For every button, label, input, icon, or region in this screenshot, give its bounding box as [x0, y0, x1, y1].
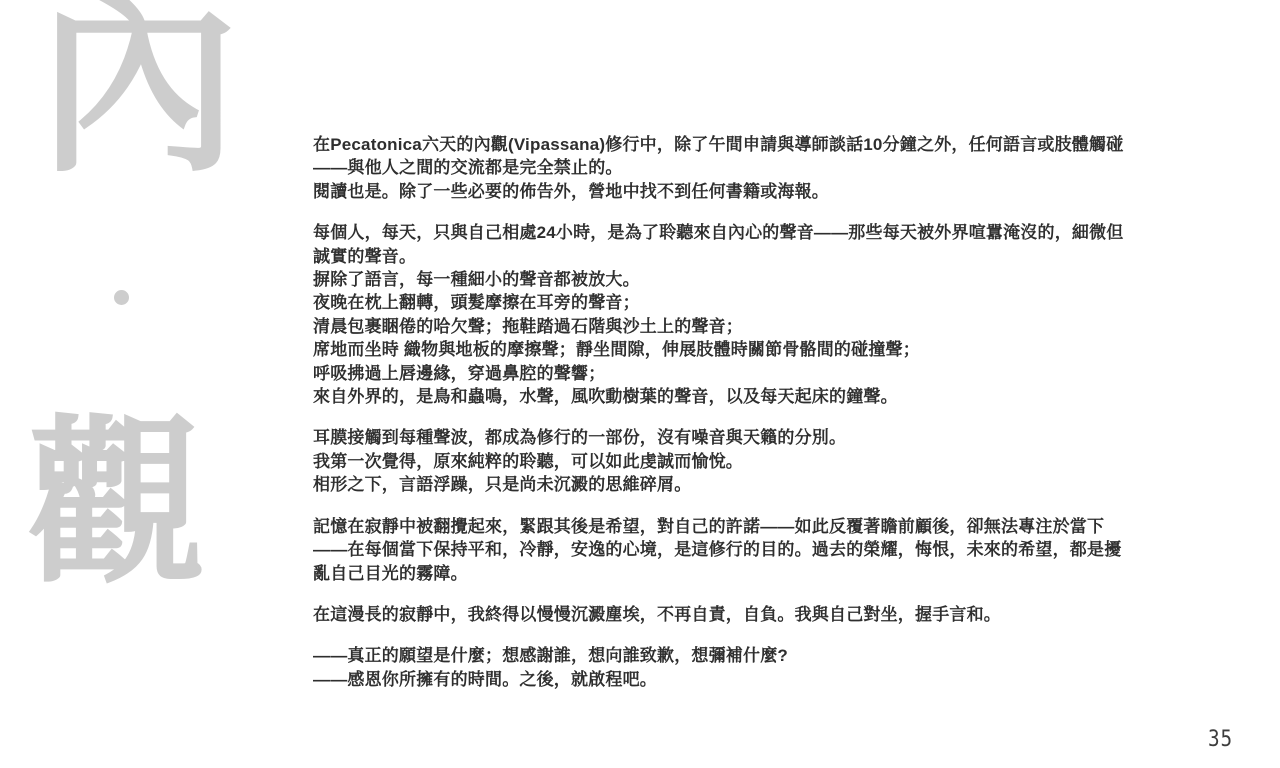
text-block: 在Pecatonica六天的內觀(Vipassana)修行中，除了午間申請與導師…: [313, 133, 1248, 709]
paragraph: 在Pecatonica六天的內觀(Vipassana)修行中，除了午間申請與導師…: [313, 133, 1248, 203]
paragraph: 每個人，每天，只與自己相處24小時，是為了聆聽來自內心的聲音——那些每天被外界喧…: [313, 221, 1248, 408]
document-page: 內 觀 在Pecatonica六天的內觀(Vipassana)修行中，除了午間申…: [0, 0, 1280, 768]
page-number: 35: [1208, 726, 1233, 751]
paragraph: 記憶在寂靜中被翻攪起來，緊跟其後是希望，對自己的許諾——如此反覆著瞻前顧後，卻無…: [313, 515, 1248, 585]
watermark-dot: [114, 290, 129, 305]
paragraph: 耳膜接觸到每種聲波，都成為修行的一部份，沒有噪音與天籟的分別。我第一次覺得，原來…: [313, 426, 1248, 496]
paragraph: ——真正的願望是什麼；想感謝誰，想向誰致歉，想彌補什麼?——感恩你所擁有的時間。…: [313, 644, 1248, 691]
paragraph: 在這漫長的寂靜中，我終得以慢慢沉澱塵埃，不再自責，自負。我與自己對坐，握手言和。: [313, 603, 1248, 626]
watermark-character-top: 內: [38, 0, 238, 184]
watermark-character-bottom: 觀: [26, 415, 206, 595]
